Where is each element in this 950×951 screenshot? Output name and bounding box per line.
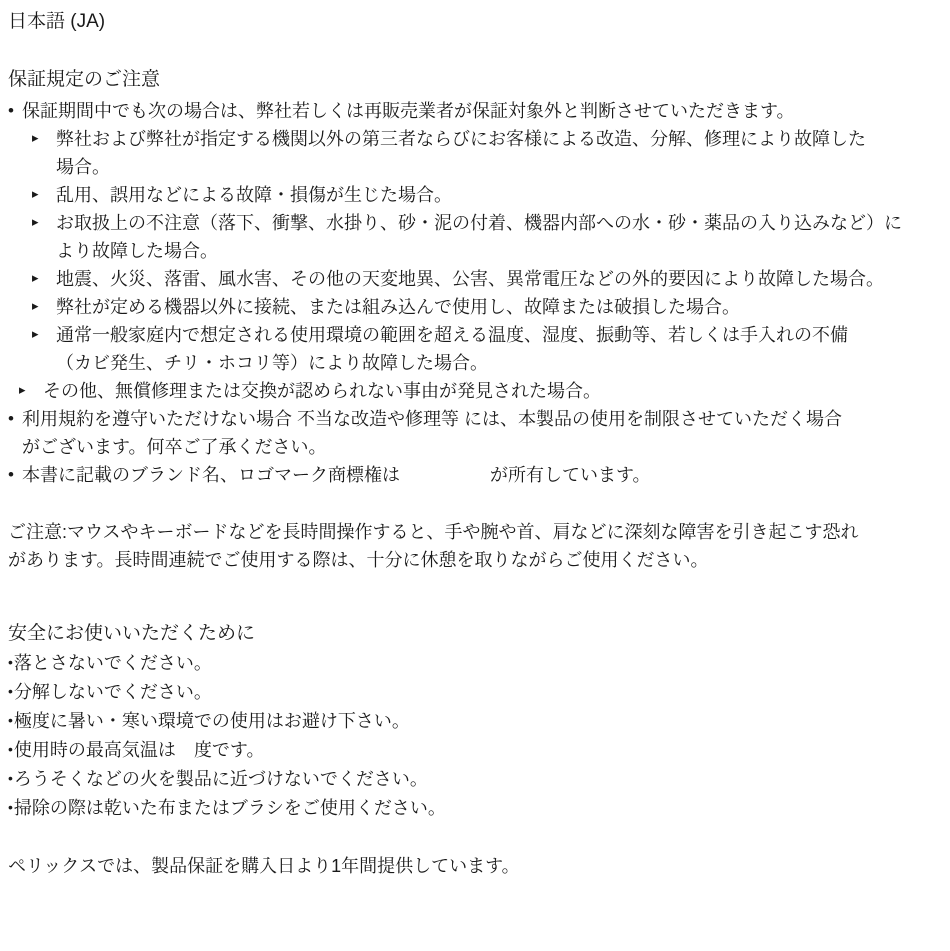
safety-list: •落とさないでください。 •分解しないでください。 •極度に暑い・寒い環境での使… [8,648,944,822]
list-item: ▸ 通常一般家庭内で想定される使用環境の範囲を超える温度、湿度、振動等、若しくは… [32,321,944,377]
triangle-bullet-icon: ▸ [19,376,26,404]
bullet-icon: • [8,405,14,433]
list-item-text: 分解しないでください。 [14,682,212,702]
triangle-bullet-icon: ▸ [32,292,39,320]
list-item-text: 本書に記載のブランド名、ロゴマーク商標権は が所有しています。 [22,465,651,485]
list-item: • 本書に記載のブランド名、ロゴマーク商標権は が所有しています。 [8,461,944,489]
list-item: • 保証期間中でも次の場合は、弊社若しくは再販売業者が保証対象外と判断させていた… [8,97,944,405]
safety-section-title: 安全にお使いいただくために [8,620,944,648]
warranty-list: • 保証期間中でも次の場合は、弊社若しくは再販売業者が保証対象外と判断させていた… [8,97,944,489]
warranty-period-note: ペリックスでは、製品保証を購入日より1年間提供しています。 [8,852,944,880]
triangle-bullet-icon: ▸ [32,320,39,348]
list-item: ▸ その他、無償修理または交換が認められない事由が発見された場合。 [19,377,944,405]
list-item: •掃除の際は乾いた布またはブラシをご使用ください。 [8,793,944,822]
list-item: •分解しないでください。 [8,677,944,706]
list-item: ▸ 地震、火災、落雷、風水害、その他の天変地異、公害、異常電圧などの外的要因によ… [32,265,944,293]
list-item-text: お取扱上の不注意（落下、衝撃、水掛り、砂・泥の付着、機器内部への水・砂・薬品の入… [56,213,902,261]
list-item: •極度に暑い・寒い環境での使用はお避け下さい。 [8,706,944,735]
list-item: ▸ 乱用、誤用などによる故障・損傷が生じた場合。 [32,181,944,209]
document-page: 日本語 (JA) 保証規定のご注意 • 保証期間中でも次の場合は、弊社若しくは再… [0,0,950,880]
list-item-text: 保証期間中でも次の場合は、弊社若しくは再販売業者が保証対象外と判断させていただき… [22,101,795,121]
warranty-sublist: ▸ 弊社および弊社が指定する機関以外の第三者ならびにお客様による改造、分解、修理… [32,125,944,405]
list-item-text: ろうそくなどの火を製品に近づけないでください。 [14,769,428,789]
warranty-section-title: 保証規定のご注意 [8,66,944,94]
list-item-text: 弊社が定める機器以外に接続、または組み込んで使用し、故障または破損した場合。 [56,297,740,317]
triangle-bullet-icon: ▸ [32,124,39,152]
list-item: •使用時の最高気温は 度です。 [8,735,944,764]
triangle-bullet-icon: ▸ [32,180,39,208]
list-item: •ろうそくなどの火を製品に近づけないでください。 [8,764,944,793]
list-item: ▸ お取扱上の不注意（落下、衝撃、水掛り、砂・泥の付着、機器内部への水・砂・薬品… [32,209,944,265]
list-item-text: 極度に暑い・寒い環境での使用はお避け下さい。 [14,711,410,731]
list-item: ▸ 弊社が定める機器以外に接続、または組み込んで使用し、故障または破損した場合。 [32,293,944,321]
list-item-text: 掃除の際は乾いた布またはブラシをご使用ください。 [14,798,446,818]
list-item-text: 利用規約を遵守いただけない場合 不当な改造や修理等 には、本製品の使用を制限させ… [22,409,842,457]
list-item-text: 使用時の最高気温は 度です。 [14,740,265,760]
list-item-text: 弊社および弊社が指定する機関以外の第三者ならびにお客様による改造、分解、修理によ… [56,129,866,177]
ergonomics-caution-paragraph: ご注意:マウスやキーボードなどを長時間操作すると、手や腕や首、肩などに深刻な障害… [8,518,944,574]
triangle-bullet-icon: ▸ [32,264,39,292]
list-item-text: 通常一般家庭内で想定される使用環境の範囲を超える温度、湿度、振動等、若しくは手入… [56,325,848,373]
list-item-text: 落とさないでください。 [14,653,212,673]
bullet-icon: • [8,461,14,489]
list-item-text: 地震、火災、落雷、風水害、その他の天変地異、公害、異常電圧などの外的要因により故… [56,269,884,289]
list-item-text: 乱用、誤用などによる故障・損傷が生じた場合。 [56,185,452,205]
triangle-bullet-icon: ▸ [32,208,39,236]
list-item: •落とさないでください。 [8,648,944,677]
list-item: ▸ 弊社および弊社が指定する機関以外の第三者ならびにお客様による改造、分解、修理… [32,125,944,181]
language-label: 日本語 (JA) [8,8,944,36]
list-item: • 利用規約を遵守いただけない場合 不当な改造や修理等 には、本製品の使用を制限… [8,405,944,461]
list-item-text: その他、無償修理または交換が認められない事由が発見された場合。 [43,381,601,401]
bullet-icon: • [8,97,14,125]
